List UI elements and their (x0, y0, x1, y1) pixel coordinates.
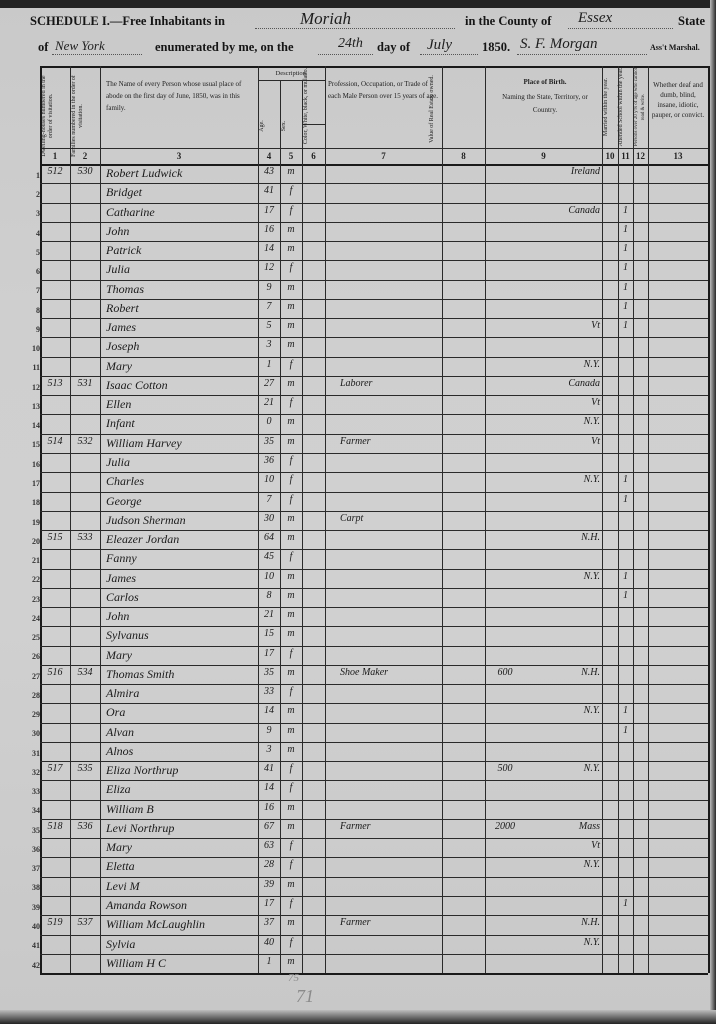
sex-value: f (280, 763, 302, 774)
table-row: Charles10fN.Y.1 (40, 472, 708, 491)
family-number: 531 (70, 378, 100, 389)
dwelling-number: 513 (40, 378, 70, 389)
table-row: Levi M39m (40, 877, 708, 896)
table-row: 517535Eliza Northrup41f500N.Y. (40, 761, 708, 780)
age-value: 17 (258, 205, 280, 216)
occupation-value: Shoe Maker (340, 667, 440, 678)
row-number: 38 (24, 883, 40, 892)
age-value: 64 (258, 532, 280, 543)
school-attended-value: 1 (618, 590, 633, 601)
birthplace-value: N.Y. (502, 937, 600, 948)
age-value: 7 (258, 494, 280, 505)
age-value: 28 (258, 859, 280, 870)
birthplace-value: Canada (502, 205, 600, 216)
row-number: 21 (24, 556, 40, 565)
school-attended-value: 1 (618, 262, 633, 273)
person-name: Amanda Rowson (106, 898, 256, 913)
person-name: Levi Northrup (106, 821, 256, 836)
table-row: Almira33f (40, 684, 708, 703)
column-number: 3 (100, 151, 258, 161)
sex-value: f (280, 551, 302, 562)
col-header-age: Age. (259, 106, 279, 146)
sex-value: m (280, 590, 302, 601)
table-row: Mary63fVt (40, 838, 708, 857)
person-name: Robert Ludwick (106, 166, 256, 181)
table-row: Julia12f1 (40, 260, 708, 279)
column-number: 11 (618, 151, 633, 161)
person-name: James (106, 320, 256, 335)
age-value: 10 (258, 571, 280, 582)
sex-value: f (280, 782, 302, 793)
age-value: 43 (258, 166, 280, 177)
school-attended-value: 1 (618, 725, 633, 736)
row-number: 4 (24, 229, 40, 238)
birthplace-value: N.H. (502, 667, 600, 678)
row-number: 24 (24, 614, 40, 623)
age-value: 17 (258, 648, 280, 659)
age-value: 27 (258, 378, 280, 389)
sex-value: f (280, 494, 302, 505)
sex-value: m (280, 667, 302, 678)
family-number: 534 (70, 667, 100, 678)
age-value: 14 (258, 705, 280, 716)
census-page: SCHEDULE I.—Free Inhabitants in Moriah i… (0, 0, 716, 1024)
row-number: 34 (24, 806, 40, 815)
birthplace-value: N.H. (502, 532, 600, 543)
birthplace-value: Mass (502, 821, 600, 832)
col-header-name: The Name of every Person whose usual pla… (106, 78, 254, 114)
sex-value: m (280, 879, 302, 890)
age-value: 41 (258, 763, 280, 774)
row-number: 7 (24, 286, 40, 295)
birthplace-value: Vt (502, 840, 600, 851)
table-row: James5mVt1 (40, 318, 708, 337)
age-value: 21 (258, 397, 280, 408)
age-value: 37 (258, 917, 280, 928)
sex-value: f (280, 474, 302, 485)
scan-edge-right (710, 0, 716, 1024)
table-row: 513531Isaac Cotton27mLaborerCanada (40, 376, 708, 395)
sex-value: m (280, 513, 302, 524)
table-row: Ellen21fVt (40, 395, 708, 414)
col-header-family: Families numbered in the order of visita… (71, 71, 99, 161)
occupation-value: Farmer (340, 917, 440, 928)
sex-value: m (280, 320, 302, 331)
person-name: Julia (106, 455, 256, 470)
family-number: 533 (70, 532, 100, 543)
person-name: Bridget (106, 185, 256, 200)
school-attended-value: 1 (618, 571, 633, 582)
person-name: Isaac Cotton (106, 378, 256, 393)
birthplace-value: Vt (502, 436, 600, 447)
age-value: 45 (258, 551, 280, 562)
row-number: 42 (24, 961, 40, 970)
row-number: 2 (24, 190, 40, 199)
table-row: 516534Thomas Smith35mShoe Maker600N.H. (40, 665, 708, 684)
day-of-label: day of (377, 40, 410, 55)
table-row: William B16m (40, 800, 708, 819)
column-line (708, 66, 710, 973)
table-row: Mary17f (40, 646, 708, 665)
column-number: 1 (40, 151, 70, 161)
month-underline (420, 54, 478, 55)
table-row: Infant0mN.Y. (40, 414, 708, 433)
row-number: 5 (24, 248, 40, 257)
birthplace-value: N.Y. (502, 359, 600, 370)
marshal-underline (517, 54, 647, 55)
state-underline (52, 54, 142, 55)
sex-value: f (280, 359, 302, 370)
school-attended-value: 1 (618, 474, 633, 485)
row-number: 10 (24, 344, 40, 353)
birthplace-value: N.Y. (502, 705, 600, 716)
occupation-value: Carpt (340, 513, 440, 524)
person-name: Alvan (106, 725, 256, 740)
sex-value: m (280, 725, 302, 736)
occupation-value: Farmer (340, 436, 440, 447)
sex-value: f (280, 898, 302, 909)
footer-note-1: 75 (288, 972, 299, 984)
dwelling-number: 514 (40, 436, 70, 447)
county-label: in the County of (465, 14, 551, 29)
row-number: 13 (24, 402, 40, 411)
person-name: William B (106, 802, 256, 817)
sex-value: m (280, 282, 302, 293)
age-value: 35 (258, 667, 280, 678)
column-number: 8 (442, 151, 485, 161)
month-value: July (427, 37, 452, 54)
age-value: 9 (258, 282, 280, 293)
person-name: Mary (106, 840, 256, 855)
marshal-label: Ass't Marshal. (650, 43, 700, 52)
sex-value: m (280, 532, 302, 543)
age-value: 3 (258, 744, 280, 755)
census-table: Dwelling-houses numbered in the order of… (40, 66, 708, 973)
age-value: 15 (258, 628, 280, 639)
table-row: Mary1fN.Y. (40, 357, 708, 376)
person-name: Eleazer Jordan (106, 532, 256, 547)
sex-value: m (280, 166, 302, 177)
school-attended-value: 1 (618, 243, 633, 254)
dwelling-number: 516 (40, 667, 70, 678)
row-number: 36 (24, 845, 40, 854)
col-header-birth: Naming the State, Territory, or Country. (490, 91, 600, 117)
person-name: Fanny (106, 551, 256, 566)
table-row: George7f1 (40, 492, 708, 511)
day-value: 24th (338, 36, 363, 52)
sex-value: f (280, 205, 302, 216)
age-value: 41 (258, 185, 280, 196)
age-value: 0 (258, 416, 280, 427)
row-line (40, 973, 708, 975)
town-value: Moriah (300, 9, 351, 29)
table-row: Ora14mN.Y.1 (40, 703, 708, 722)
col-header-illiterate: Persons over 20 y'rs of age who cannot r… (633, 67, 647, 147)
table-row: Joseph3m (40, 337, 708, 356)
col-header-real-estate: Value of Real Estate owned. (429, 69, 455, 149)
sex-value: m (280, 628, 302, 639)
col-header-birth-title: Place of Birth. (490, 78, 600, 86)
dwelling-number: 517 (40, 763, 70, 774)
row-number: 11 (24, 363, 40, 372)
row-number: 40 (24, 922, 40, 931)
column-number: 13 (648, 151, 708, 161)
age-value: 36 (258, 455, 280, 466)
sex-value: m (280, 243, 302, 254)
row-number: 35 (24, 826, 40, 835)
person-name: Judson Sherman (106, 513, 256, 528)
person-name: Julia (106, 262, 256, 277)
col-header-school: Attended School within the year. (618, 67, 632, 147)
scan-edge-bottom (0, 1010, 716, 1024)
header-bottom-line (40, 148, 708, 149)
age-value: 1 (258, 359, 280, 370)
col-header-occupation: Profession, Occupation, or Trade of each… (328, 78, 440, 102)
table-row: Catharine17fCanada1 (40, 203, 708, 222)
person-name: James (106, 571, 256, 586)
school-attended-value: 1 (618, 320, 633, 331)
col-header-dwelling: Dwelling-houses numbered in the order of… (41, 71, 69, 161)
row-number: 16 (24, 460, 40, 469)
town-underline (255, 28, 455, 29)
row-number: 12 (24, 383, 40, 392)
row-number: 20 (24, 537, 40, 546)
age-value: 9 (258, 725, 280, 736)
table-row: Robert7m1 (40, 299, 708, 318)
sex-value: f (280, 397, 302, 408)
birthplace-value: N.Y. (502, 859, 600, 870)
person-name: Eliza Northrup (106, 763, 256, 778)
family-number: 535 (70, 763, 100, 774)
table-row: Thomas9m1 (40, 280, 708, 299)
age-value: 10 (258, 474, 280, 485)
footer-note-2: 71 (296, 986, 314, 1007)
table-row: 514532William Harvey35mFarmerVt (40, 434, 708, 453)
person-name: William Harvey (106, 436, 256, 451)
scan-edge-top (0, 0, 716, 8)
col-header-color: Color, White, black, or mulatto. (303, 66, 323, 146)
sex-value: m (280, 301, 302, 312)
family-number: 536 (70, 821, 100, 832)
table-row: 519537William McLaughlin37mFarmerN.H. (40, 915, 708, 934)
table-row: Eliza14f (40, 780, 708, 799)
person-name: Thomas Smith (106, 667, 256, 682)
person-name: Patrick (106, 243, 256, 258)
person-name: Thomas (106, 282, 256, 297)
age-value: 21 (258, 609, 280, 620)
sex-value: f (280, 686, 302, 697)
age-value: 5 (258, 320, 280, 331)
age-value: 3 (258, 339, 280, 350)
school-attended-value: 1 (618, 898, 633, 909)
birthplace-value: N.Y. (502, 416, 600, 427)
person-name: Eletta (106, 859, 256, 874)
person-name: John (106, 609, 256, 624)
table-row: John16m1 (40, 222, 708, 241)
row-number: 32 (24, 768, 40, 777)
row-number: 22 (24, 575, 40, 584)
person-name: Mary (106, 359, 256, 374)
county-value: Essex (578, 10, 612, 27)
column-number: 6 (302, 151, 325, 161)
sex-value: m (280, 802, 302, 813)
row-number: 33 (24, 787, 40, 796)
col-header-married: Married within the year. (603, 67, 617, 147)
state-label: State (678, 14, 705, 29)
person-name: William McLaughlin (106, 917, 256, 932)
age-value: 30 (258, 513, 280, 524)
county-underline (568, 28, 673, 29)
table-row: Judson Sherman30mCarpt (40, 511, 708, 530)
person-name: Ora (106, 705, 256, 720)
person-name: Almira (106, 686, 256, 701)
dwelling-number: 515 (40, 532, 70, 543)
row-number: 19 (24, 518, 40, 527)
row-number: 29 (24, 710, 40, 719)
column-number: 2 (70, 151, 100, 161)
birthplace-value: N.Y. (502, 474, 600, 485)
row-number: 26 (24, 652, 40, 661)
schedule-label: SCHEDULE I.—Free Inhabitants in (30, 14, 225, 29)
birthplace-value: N.Y. (502, 571, 600, 582)
row-number: 30 (24, 729, 40, 738)
school-attended-value: 1 (618, 705, 633, 716)
family-number: 530 (70, 166, 100, 177)
row-number: 8 (24, 306, 40, 315)
school-attended-value: 1 (618, 494, 633, 505)
person-name: Ellen (106, 397, 256, 412)
age-value: 39 (258, 879, 280, 890)
sex-value: m (280, 744, 302, 755)
col-header-disability: Whether deaf and dumb, blind, insane, id… (650, 80, 706, 120)
day-underline (318, 54, 373, 55)
row-number: 23 (24, 595, 40, 604)
person-name: Alnos (106, 744, 256, 759)
sex-value: f (280, 840, 302, 851)
table-row: 515533Eleazer Jordan64mN.H. (40, 530, 708, 549)
sex-value: f (280, 262, 302, 273)
state-value: New York (55, 38, 105, 54)
sex-value: m (280, 436, 302, 447)
sex-value: f (280, 937, 302, 948)
dwelling-number: 519 (40, 917, 70, 928)
table-row: Patrick14m1 (40, 241, 708, 260)
sex-value: m (280, 705, 302, 716)
table-row: Julia36f (40, 453, 708, 472)
birthplace-value: Ireland (502, 166, 600, 177)
sex-value: m (280, 339, 302, 350)
table-row: Alvan9m1 (40, 723, 708, 742)
school-attended-value: 1 (618, 282, 633, 293)
sex-value: f (280, 185, 302, 196)
row-number: 41 (24, 941, 40, 950)
person-name: Robert (106, 301, 256, 316)
table-row: William H C1m (40, 954, 708, 973)
column-number: 10 (602, 151, 618, 161)
row-number: 31 (24, 749, 40, 758)
person-name: Sylvanus (106, 628, 256, 643)
family-number: 532 (70, 436, 100, 447)
table-row: Carlos8m1 (40, 588, 708, 607)
row-number: 9 (24, 325, 40, 334)
age-value: 14 (258, 243, 280, 254)
table-row: Eletta28fN.Y. (40, 857, 708, 876)
sex-value: f (280, 455, 302, 466)
row-number: 25 (24, 633, 40, 642)
sex-value: m (280, 821, 302, 832)
birthplace-value: N.Y. (502, 763, 600, 774)
dwelling-number: 518 (40, 821, 70, 832)
school-attended-value: 1 (618, 224, 633, 235)
school-attended-value: 1 (618, 301, 633, 312)
row-number: 3 (24, 209, 40, 218)
sex-value: m (280, 956, 302, 967)
sex-value: f (280, 859, 302, 870)
marshal-value: S. F. Morgan (520, 36, 598, 53)
row-number: 14 (24, 421, 40, 430)
person-name: William H C (106, 956, 256, 971)
occupation-value: Laborer (340, 378, 440, 389)
row-number: 27 (24, 672, 40, 681)
column-number: 9 (485, 151, 602, 161)
person-name: Charles (106, 474, 256, 489)
column-number: 7 (325, 151, 442, 161)
row-number: 18 (24, 498, 40, 507)
sex-value: m (280, 609, 302, 620)
person-name: John (106, 224, 256, 239)
table-row: Amanda Rowson17f1 (40, 896, 708, 915)
enumerated-label: enumerated by me, on the (155, 40, 294, 55)
row-number: 37 (24, 864, 40, 873)
row-number: 6 (24, 267, 40, 276)
birthplace-value: N.H. (502, 917, 600, 928)
person-name: George (106, 494, 256, 509)
age-value: 14 (258, 782, 280, 793)
table-row: John21m (40, 607, 708, 626)
age-value: 16 (258, 224, 280, 235)
table-row: James10mN.Y.1 (40, 569, 708, 588)
person-name: Mary (106, 648, 256, 663)
birthplace-value: Canada (502, 378, 600, 389)
age-value: 40 (258, 937, 280, 948)
age-value: 17 (258, 898, 280, 909)
age-value: 7 (258, 301, 280, 312)
col-header-sex: Sex. (281, 106, 301, 146)
person-name: Eliza (106, 782, 256, 797)
age-value: 67 (258, 821, 280, 832)
dwelling-number: 512 (40, 166, 70, 177)
table-row: Sylvanus15m (40, 626, 708, 645)
sex-value: m (280, 917, 302, 928)
row-number: 39 (24, 903, 40, 912)
table-row: Fanny45f (40, 549, 708, 568)
table-row: Alnos3m (40, 742, 708, 761)
sex-value: f (280, 648, 302, 659)
row-number: 17 (24, 479, 40, 488)
age-value: 16 (258, 802, 280, 813)
table-row: 512530Robert Ludwick43mIreland (40, 164, 708, 183)
school-attended-value: 1 (618, 205, 633, 216)
person-name: Levi M (106, 879, 256, 894)
birthplace-value: Vt (502, 320, 600, 331)
sex-value: m (280, 571, 302, 582)
person-name: Sylvia (106, 937, 256, 952)
sex-value: m (280, 224, 302, 235)
year-label: 1850. (482, 40, 510, 55)
person-name: Carlos (106, 590, 256, 605)
sex-value: m (280, 378, 302, 389)
row-number: 1 (24, 171, 40, 180)
